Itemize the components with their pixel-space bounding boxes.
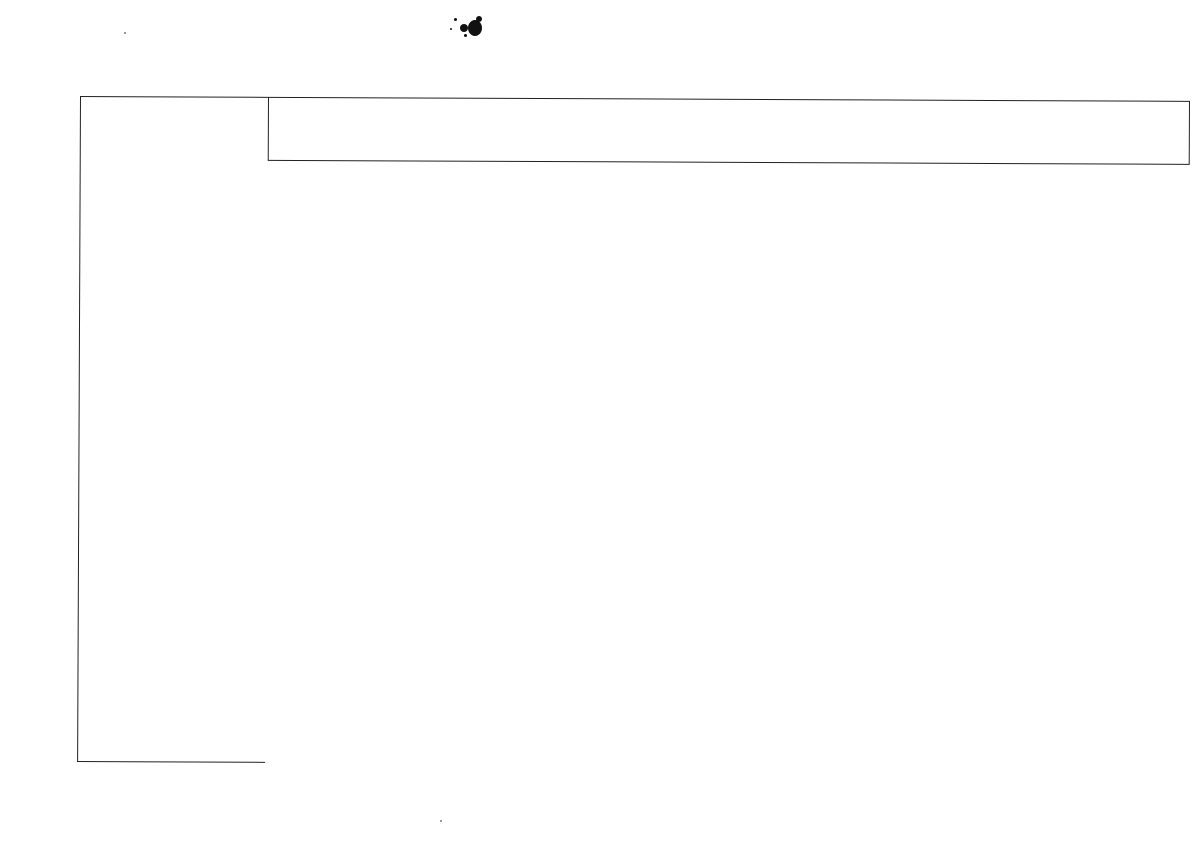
record-title-cell [268,97,1190,165]
ink-blot [450,14,490,42]
record-block [265,97,1190,781]
section-heading-cell [77,96,268,763]
scan-speck [124,32,126,34]
scan-speck [440,820,442,822]
document-table [77,96,1190,781]
